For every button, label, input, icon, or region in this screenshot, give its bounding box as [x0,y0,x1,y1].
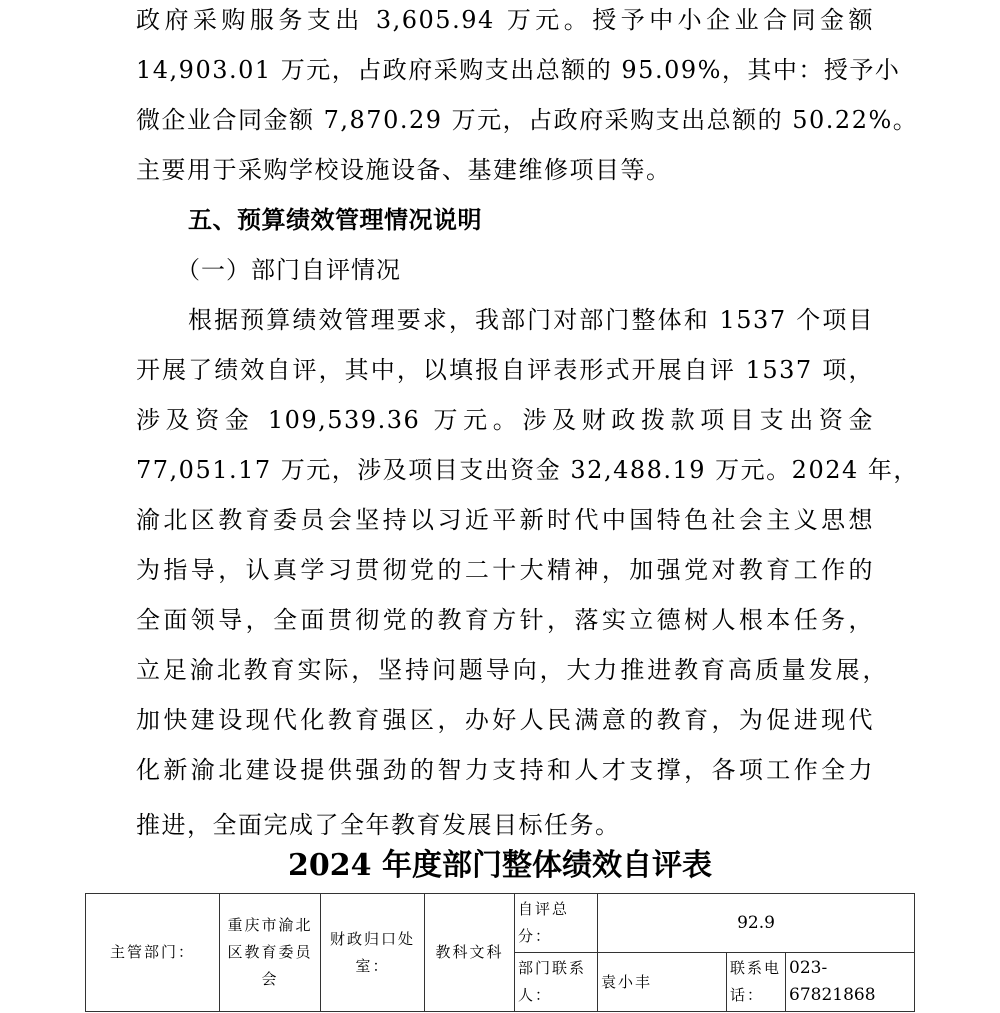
paragraph-line: 全面领导，全面贯彻党的教育方针，落实立德树人根本任务， [136,595,874,645]
paragraph-line: 开展了绩效自评，其中，以填报自评表形式开展自评 1537 项， [136,345,874,395]
subsection-heading: （一）部门自评情况 [176,245,401,295]
phone-label: 联系电话： [727,953,786,1012]
paragraph-line: 涉及资金 109,539.36 万元。涉及财政拨款项目支出资金 [136,395,874,445]
total-score-value: 92.9 [598,894,915,953]
paragraph-line: 微企业合同金额 7,870.29 万元，占政府采购支出总额的 50.22%。 [136,95,888,145]
section-heading: 五、预算绩效管理情况说明 [188,195,482,245]
contact-person-value: 袁小丰 [598,953,727,1012]
paragraph-line: 加快建设现代化教育强区，办好人民满意的教育，为促进现代 [136,695,874,745]
paragraph-line: 化新渝北建设提供强劲的智力支持和人才支撑，各项工作全力 [136,745,874,795]
paragraph-line: 根据预算绩效管理要求，我部门对部门整体和 1537 个项目 [188,295,874,345]
paragraph-line: 77,051.17 万元，涉及项目支出资金 32,488.19 万元。2024 … [136,445,874,495]
total-score-label: 自评总分： [515,894,598,953]
paragraph-line: 立足渝北教育实际，坚持问题导向，大力推进教育高质量发展， [136,645,888,695]
paragraph-line: 推进，全面完成了全年教育发展目标任务。 [136,800,896,850]
contact-person-label: 部门联系人： [515,953,598,1012]
paragraph-line: 为指导，认真学习贯彻党的二十大精神，加强党对教育工作的 [136,545,874,595]
finance-office-value: 教科文科 [425,894,515,1012]
table-title: 2024 年度部门整体绩效自评表 [0,844,1000,888]
evaluation-table: 主管部门： 重庆市渝北区教育委员会 财政归口处室： 教科文科 自评总分： 92.… [85,893,915,1012]
paragraph-line: 主要用于采购学校设施设备、基建维修项目等。 [136,145,896,195]
supervising-dept-label: 主管部门： [86,894,220,1012]
paragraph-line: 14,903.01 万元，占政府采购支出总额的 95.09%，其中：授予小 [136,45,874,95]
phone-value: 023-67821868 [786,953,915,1012]
paragraph-line: 渝北区教育委员会坚持以习近平新时代中国特色社会主义思想 [136,495,874,545]
supervising-dept-value: 重庆市渝北区教育委员会 [220,894,321,1012]
paragraph-line: 政府采购服务支出 3,605.94 万元。授予中小企业合同金额 [136,0,874,45]
finance-office-label: 财政归口处室： [321,894,425,1012]
